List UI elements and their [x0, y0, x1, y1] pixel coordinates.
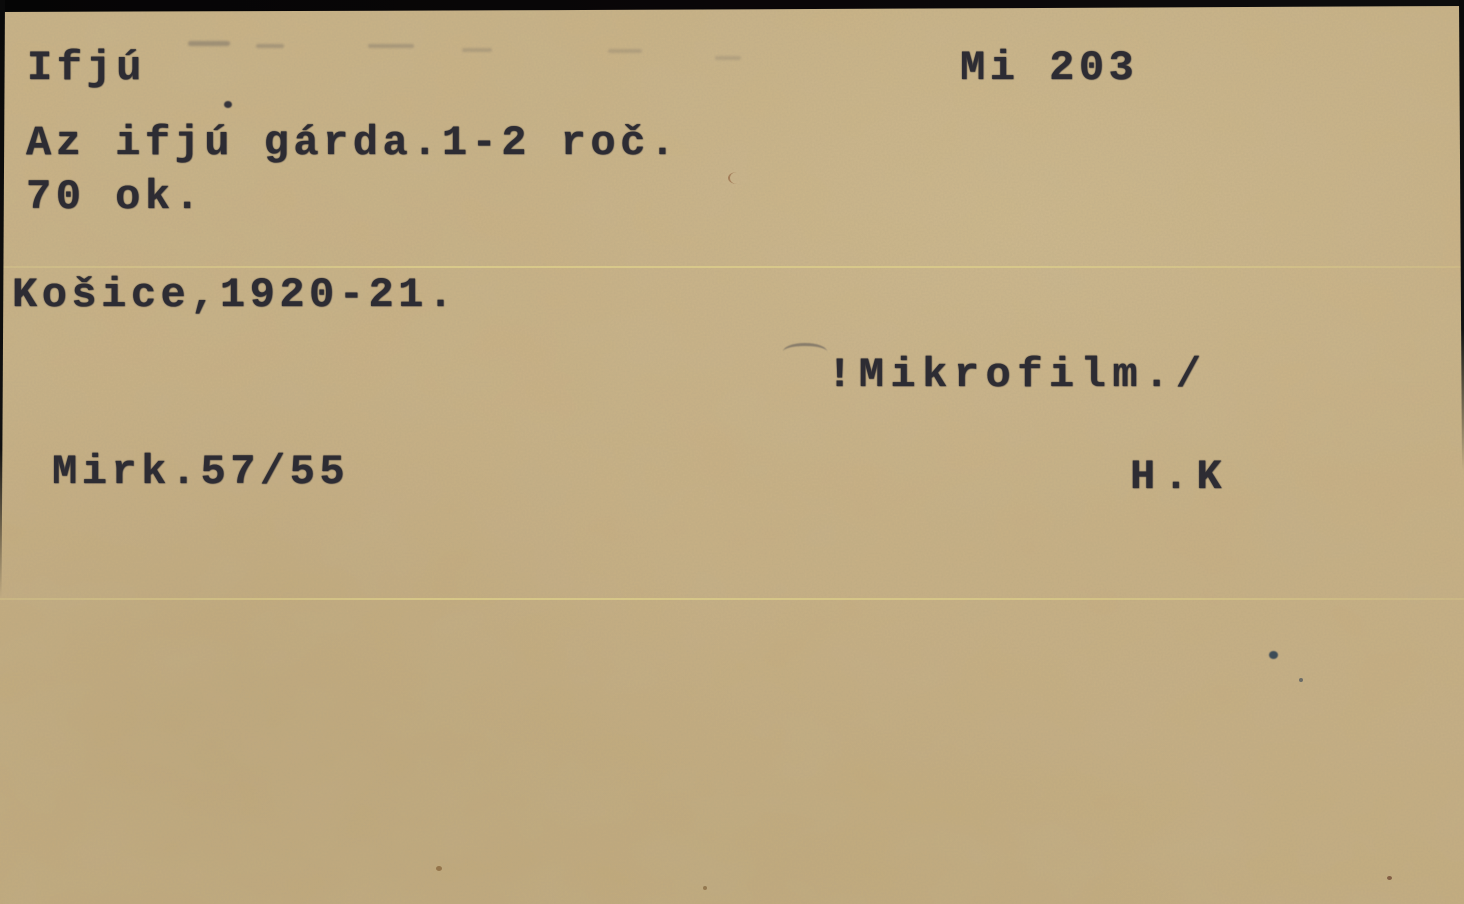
- scan-edge-right: [1459, 0, 1464, 470]
- pencil-smudge: [368, 44, 414, 48]
- scan-edge-left: [0, 0, 5, 598]
- paper-speck: [703, 886, 707, 890]
- paper-crease-upper: [0, 266, 1464, 268]
- microfilm-note: !Mikrofilm./: [827, 354, 1207, 396]
- paper-fiber: [728, 172, 746, 184]
- pencil-smudge: [715, 56, 741, 60]
- title-line: Az ifjú gárda.1-2 roč.: [26, 122, 680, 164]
- pencil-smudge: [462, 48, 492, 52]
- reference-number: Mirk.57/55: [52, 451, 349, 493]
- shelfmark-number: Mi 203: [960, 47, 1138, 89]
- cataloger-initials: H.K: [1130, 456, 1230, 498]
- pencil-smudge: [256, 44, 284, 48]
- pencil-smudge: [188, 41, 230, 46]
- ink-speck: [1269, 651, 1278, 659]
- pencil-smudge: [608, 49, 642, 53]
- scan-edge-top: [0, 0, 1464, 13]
- paper-crease-lower: [0, 598, 1464, 600]
- imprint-line: Košice,1920-21.: [12, 274, 458, 316]
- extent-line: 70 ok.: [26, 176, 204, 218]
- paper-speck: [1387, 876, 1392, 880]
- scanned-catalog-card: Ifjú Mi 203 Az ifjú gárda.1-2 roč. 70 ok…: [0, 0, 1464, 904]
- paper-speck: [436, 866, 442, 871]
- ink-speck: [1299, 678, 1303, 682]
- faint-arc-mark: [783, 343, 827, 360]
- ink-speck: [224, 101, 232, 108]
- card-heading: Ifjú: [27, 47, 146, 89]
